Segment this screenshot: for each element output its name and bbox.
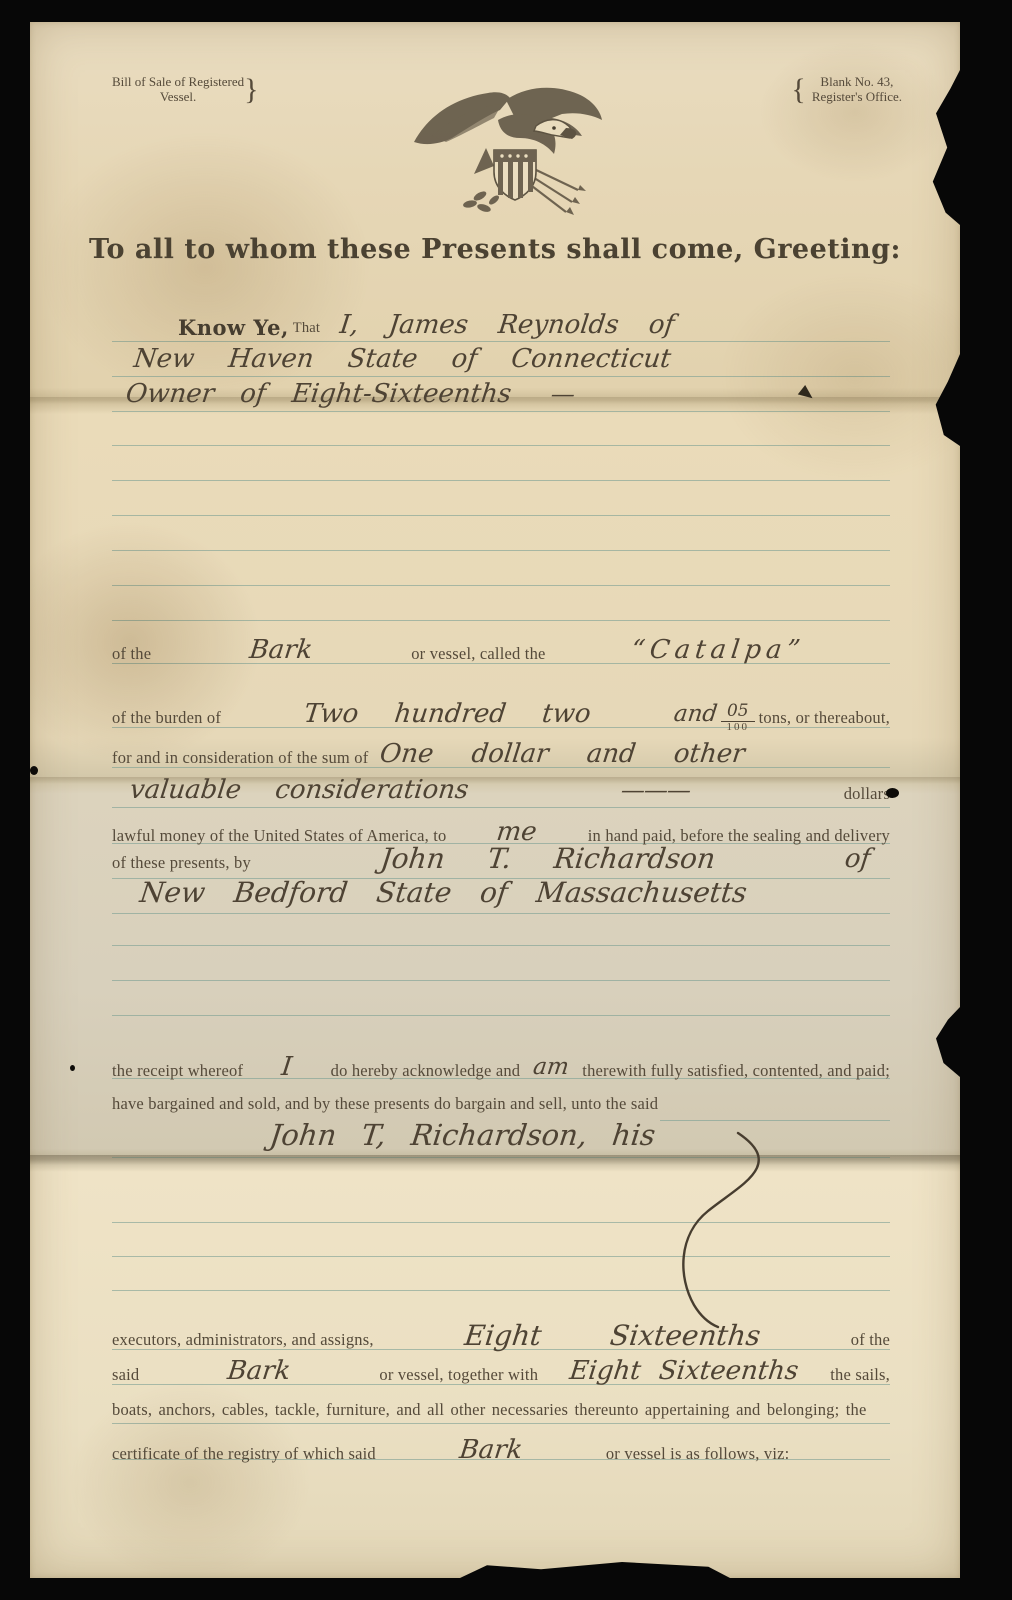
grantor-place-row: New Haven State of Connecticut bbox=[122, 344, 890, 374]
ruled-line bbox=[112, 980, 890, 981]
know-ye-row: Know Ye, That I, James Reynolds of bbox=[178, 310, 890, 340]
blank-number-line2: Register's Office. bbox=[812, 89, 902, 104]
grantor-name-handwriting: I, James Reynolds of bbox=[324, 310, 892, 340]
consideration-row-2: valuable considerations ——— dollars bbox=[130, 775, 890, 805]
said-vessel-row: said Bark or vessel, together with Eight… bbox=[112, 1356, 890, 1386]
buyer-of-handwriting: of bbox=[843, 844, 892, 874]
acknowledge-label: do hereby acknowledge and bbox=[331, 1060, 521, 1082]
handwritten-dash: — bbox=[509, 379, 576, 409]
executors-share-handwriting: Eight Sixteenths bbox=[372, 1321, 853, 1351]
handwritten-dash: ——— bbox=[467, 775, 846, 805]
ruled-line bbox=[112, 585, 890, 586]
blank-number-label: { Blank No. 43, Register's Office. bbox=[791, 74, 902, 104]
boats-row: boats, anchors, cables, tackle, furnitur… bbox=[112, 1399, 890, 1421]
consideration-label: for and in consideration of the sum of bbox=[112, 747, 368, 769]
vessel-type-handwriting: Bark bbox=[374, 1435, 608, 1465]
consideration-row: for and in consideration of the sum of O… bbox=[112, 739, 890, 769]
brace-glyph: } bbox=[244, 82, 258, 97]
ruled-line bbox=[112, 411, 890, 412]
ruled-line bbox=[112, 1423, 890, 1424]
vessel-name-handwriting: “Catalpa” bbox=[544, 635, 892, 665]
ruled-line bbox=[112, 620, 890, 621]
receipt-am-handwriting: am bbox=[518, 1052, 584, 1082]
burden-fraction: 05 100 bbox=[721, 703, 755, 733]
burden-row: of the burden of Two hundred two and 05 … bbox=[112, 699, 890, 729]
ink-blot bbox=[886, 788, 899, 798]
certificate-row: certificate of the registry of which sai… bbox=[112, 1435, 890, 1465]
buyer-name-handwriting: John T. Richardson bbox=[249, 844, 846, 874]
know-ye-label: Know Ye, bbox=[178, 315, 289, 340]
boats-anchors-label: boats, anchors, cables, tackle, furnitur… bbox=[112, 1399, 867, 1421]
bargain-row: have bargained and sold, and by these pr… bbox=[112, 1093, 890, 1115]
dollars-label: dollars bbox=[844, 783, 890, 805]
eagle-emblem-icon bbox=[402, 78, 632, 228]
pen-flourish-stroke bbox=[590, 1127, 790, 1337]
receipt-I-handwriting: I bbox=[241, 1052, 332, 1082]
ruled-line bbox=[112, 480, 890, 481]
torn-edge bbox=[930, 1007, 960, 1077]
fraction-numerator-handwriting: 05 bbox=[721, 703, 755, 722]
receipt-row: the receipt whereof I do hereby acknowle… bbox=[112, 1052, 890, 1082]
buyer-place-handwriting: New Bedford State of Massachusetts bbox=[138, 878, 748, 908]
form-name-line1: Bill of Sale of Registered bbox=[112, 74, 244, 89]
that-label: That bbox=[289, 317, 326, 340]
executors-label: executors, administrators, and assigns, bbox=[112, 1329, 374, 1351]
ruled-line bbox=[112, 1015, 890, 1016]
form-name-label: Bill of Sale of Registered Vessel. } bbox=[112, 74, 259, 104]
of-the-label: of the bbox=[851, 1329, 890, 1351]
grantor-place-handwriting: New Haven State of Connecticut bbox=[120, 344, 673, 374]
form-name-line2: Vessel. bbox=[112, 89, 244, 104]
torn-edge bbox=[460, 1562, 730, 1578]
together-with-label: or vessel, together with bbox=[379, 1364, 538, 1386]
burden-and-handwriting: and bbox=[672, 699, 719, 729]
of-the-label: of the bbox=[112, 643, 151, 665]
said-label: said bbox=[112, 1364, 139, 1386]
paper-stain bbox=[760, 42, 950, 182]
burden-suffix-label: tons, or thereabout, bbox=[759, 707, 890, 729]
bargain-label: have bargained and sold, and by these pr… bbox=[112, 1093, 658, 1115]
certificate-suffix-label: or vessel is as follows, viz: bbox=[606, 1443, 790, 1465]
brace-glyph: { bbox=[791, 82, 805, 97]
executors-row: executors, administrators, and assigns, … bbox=[112, 1321, 890, 1351]
presents-by-label: of these presents, by bbox=[112, 852, 251, 874]
grantee-row: John T, Richardson, his bbox=[270, 1120, 890, 1150]
consideration-value-handwriting: One dollar and other bbox=[367, 739, 892, 769]
grantor-share-row: Owner of Eight-Sixteenths — bbox=[126, 379, 890, 409]
blank-number-line1: Blank No. 43, bbox=[812, 74, 902, 89]
ruled-line bbox=[112, 807, 890, 808]
ink-blot bbox=[70, 1065, 75, 1071]
fraction-denominator-label: 100 bbox=[727, 722, 750, 733]
buyer-place-row: New Bedford State of Massachusetts bbox=[140, 878, 890, 908]
ruled-line bbox=[112, 376, 890, 377]
vessel-type-handwriting: Bark bbox=[149, 635, 413, 665]
presents-by-row: of these presents, by John T. Richardson… bbox=[112, 844, 890, 874]
ruled-line bbox=[112, 445, 890, 446]
grantor-share-handwriting: Owner of Eight-Sixteenths bbox=[124, 379, 513, 409]
burden-label: of the burden of bbox=[112, 707, 221, 729]
ruled-line bbox=[112, 341, 890, 342]
vessel-name-row: of the Bark or vessel, called the “Catal… bbox=[112, 635, 890, 665]
ink-blot bbox=[30, 766, 38, 775]
receipt-label: the receipt whereof bbox=[112, 1060, 243, 1082]
ruled-line bbox=[112, 945, 890, 946]
document-title: To all to whom these Presents shall come… bbox=[30, 234, 960, 265]
document-page: Bill of Sale of Registered Vessel. } { B… bbox=[30, 22, 960, 1578]
receipt-suffix-label: therewith fully satisfied, contented, an… bbox=[582, 1060, 890, 1082]
ruled-line bbox=[112, 515, 890, 516]
ruled-line bbox=[112, 913, 890, 914]
ruled-line bbox=[112, 550, 890, 551]
vessel-type-handwriting: Bark bbox=[138, 1356, 382, 1386]
paper-stain bbox=[720, 272, 990, 482]
certificate-label: certificate of the registry of which sai… bbox=[112, 1443, 376, 1465]
or-vessel-called-label: or vessel, called the bbox=[411, 643, 545, 665]
burden-value-handwriting: Two hundred two bbox=[219, 699, 675, 729]
torn-edge bbox=[928, 70, 960, 225]
photo-background: { "document": { "header": { "left_line1"… bbox=[0, 0, 1012, 1600]
torn-edge bbox=[933, 354, 960, 446]
the-sails-label: the sails, bbox=[830, 1364, 890, 1386]
consideration-value2-handwriting: valuable considerations bbox=[128, 775, 470, 805]
together-share-handwriting: Eight Sixteenths bbox=[536, 1356, 832, 1386]
